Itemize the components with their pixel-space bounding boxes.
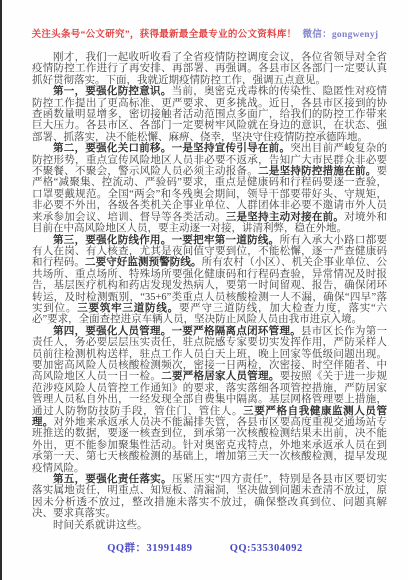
promo-header: 关注头条号“公文研究”，获得最新最全最专业的公文资料库！微信：gongwenyj	[2, 26, 408, 40]
document-page: 关注头条号“公文研究”，获得最新最全最专业的公文资料库！微信：gongwenyj…	[0, 0, 408, 580]
paragraph: 第三，要强化防线作用。一要把牢第一道防线。所有入承大小路口都要有人在岗、有人核查…	[32, 235, 387, 326]
paragraph: 第一，要强化防控意识。当前，奥密克戎毒株的传染性、隐匿性对疫情防控工作提出了更高…	[32, 86, 387, 143]
promo-text: 关注头条号“公文研究”，获得最新最全最专业的公文资料库！	[32, 30, 297, 40]
paragraph: 刚才，我们一起收听收看了全省疫情防控调度会议，各位省领导对全省疫情防控工作进行了…	[32, 52, 387, 86]
paragraph: 时间关系就讲这些。	[32, 520, 387, 531]
footer-contacts: QQ群：31991489 QQ:535304092	[2, 540, 408, 555]
wechat-contact: 微信：gongwenyj	[302, 30, 378, 40]
paragraph: 第四，要强化人员管理。一要严格隔离点闭环管理。县市区长作为第一责任人，务必要层层…	[32, 326, 387, 474]
paragraph: 第二，要强化关口前移。一是坚持宣传引导在前。突出目前严峻复杂的防控形势，重点宣传…	[32, 143, 387, 234]
qq-group: QQ群：31991489	[107, 543, 192, 554]
document-body: 刚才，我们一起收听收看了全省疫情防控调度会议，各位省领导对全省疫情防控工作进行了…	[2, 52, 408, 531]
qq-number: QQ:535304092	[230, 543, 303, 554]
paragraph: 第五，要强化责任落实。压紧压实“四方责任”，特别是各县市区要切实落实属地责任，明…	[32, 474, 387, 520]
